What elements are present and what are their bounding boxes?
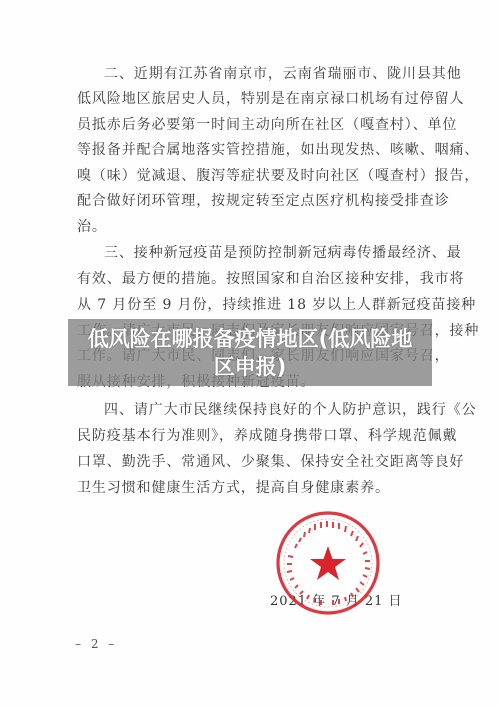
doc-line: 二、近期有江苏省南京市，云南省瑞丽市、陇川县其他 <box>104 65 425 83</box>
doc-line: 等报备并配合属地落实管控措施，如出现发热、咳嗽、咽痛、 <box>77 141 425 159</box>
doc-line: 三、接种新冠疫苗是预防控制新冠病毒传播最经济、最 <box>104 244 425 262</box>
doc-line: 卫生习惯和健康生活方式，提高自身健康素养。 <box>77 479 425 497</box>
doc-line: 治。 <box>77 218 425 236</box>
official-seal-icon <box>275 510 381 616</box>
doc-line: 嗅（味）觉减退、腹泻等症状要及时向社区（嘎查村）报告， <box>77 167 425 185</box>
star-icon <box>310 546 346 580</box>
doc-line: 员抵赤后务必要第一时间主动向所在社区（嘎查村）、单位 <box>77 116 425 134</box>
doc-line: 四、请广大市民继续保持良好的个人防护意识，践行《公 <box>104 401 425 419</box>
doc-line: 低风险地区旅居史人员，特别是在南京禄口机场有过停留人 <box>77 90 425 108</box>
title-banner: 低风险在哪报备疫情地区(低风险地区申报) <box>68 319 432 386</box>
page-number: – 2 – <box>75 637 117 651</box>
doc-line: 从 7 月份至 9 月份，持续推进 18 岁以上人群新冠疫苗接种 <box>77 296 425 314</box>
banner-title: 低风险在哪报备疫情地区(低风险地区申报) <box>80 325 420 381</box>
doc-line: 口罩、勤洗手、常通风、少聚集、保持安全社交距离等良好 <box>77 453 425 471</box>
doc-line: 民防疫基本行为准则》，养成随身携带口罩、科学规范佩戴 <box>77 427 425 445</box>
doc-line: 配合做好闭环管理，按规定转至定点医疗机构接受排查诊 <box>77 192 425 210</box>
doc-line: 有效、最方便的措施。按照国家和自治区接种安排，我市将 <box>77 270 425 288</box>
